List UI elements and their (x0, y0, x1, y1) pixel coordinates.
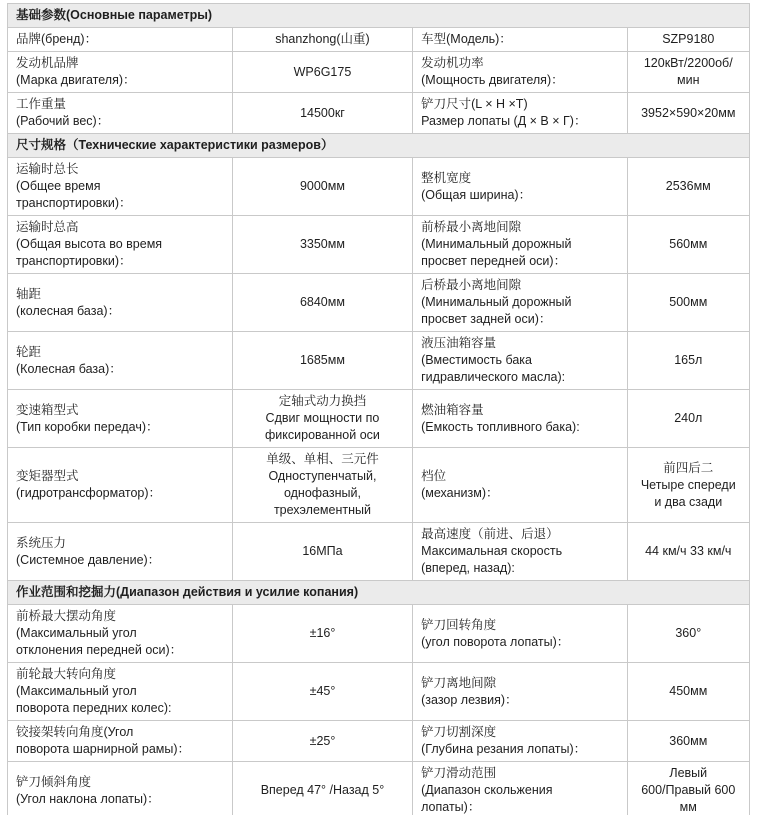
section-dimensions: 尺寸规格（Технические характеристики размеров… (8, 134, 750, 581)
param-label-cell: 工作重量 (Рабочий вес)： (8, 93, 233, 134)
section-header-row: 作业范围和挖掘力(Диапазон действия и усилие копа… (8, 581, 750, 605)
table-row: 运输时总高 (Общая высота во время транспортир… (8, 216, 750, 274)
param-value-cell: 560мм (627, 216, 749, 274)
param-value-cell: 定轴式动力换挡 Сдвиг мощности по фиксированной … (232, 390, 412, 448)
table-row: 铰接架转向角度(Угол поворота шарнирной рамы)： ±… (8, 721, 750, 762)
param-label-cell: 品牌(бренд)： (8, 28, 233, 52)
param-label-cell: 发动机功率 (Мощность двигателя)： (413, 52, 627, 93)
param-value-cell: 1685мм (232, 332, 412, 390)
table-row: 前桥最大摆动角度 (Максимальный угол отклонения п… (8, 605, 750, 663)
param-label-cell: 最高速度（前进、后退） Максимальная скорость (впере… (413, 523, 627, 581)
spec-table: 基础参数(Основные параметры) 品牌(бренд)： shan… (7, 3, 750, 815)
param-value-cell: 9000мм (232, 158, 412, 216)
table-row: 系统压力 (Системное давление)： 16МПа 最高速度（前进… (8, 523, 750, 581)
param-label-cell: 铲刀切割深度 (Глубина резания лопаты)： (413, 721, 627, 762)
table-row: 铲刀倾斜角度 (Угол наклона лопаты)： Вперед 47°… (8, 762, 750, 815)
param-value-cell: WP6G175 (232, 52, 412, 93)
param-label-cell: 轴距 (колесная база)： (8, 274, 233, 332)
param-value-cell: ±45° (232, 663, 412, 721)
param-value-cell: 120кВт/2200об/мин (627, 52, 749, 93)
param-label-cell: 液压油箱容量 (Вместимость бака гидравлического… (413, 332, 627, 390)
param-label-cell: 铲刀离地间隙 (зазор лезвия)： (413, 663, 627, 721)
spec-page: 基础参数(Основные параметры) 品牌(бренд)： shan… (0, 0, 757, 815)
param-value-cell: SZP9180 (627, 28, 749, 52)
param-label-cell: 发动机品牌 (Марка двигателя)： (8, 52, 233, 93)
table-row: 轮距 (Колесная база)： 1685мм 液压油箱容量 (Вмест… (8, 332, 750, 390)
section-header: 作业范围和挖掘力(Диапазон действия и усилие копа… (8, 581, 750, 605)
param-value-cell: 360мм (627, 721, 749, 762)
param-value-cell: 3952×590×20мм (627, 93, 749, 134)
param-label-cell: 燃油箱容量 (Емкость топливного бака): (413, 390, 627, 448)
param-label-cell: 铲刀滑动范围 (Диапазон скольжения лопаты)： (413, 762, 627, 815)
param-value-cell: 14500кг (232, 93, 412, 134)
table-row: 发动机品牌 (Марка двигателя)： WP6G175 发动机功率 (… (8, 52, 750, 93)
param-label-cell: 铲刀倾斜角度 (Угол наклона лопаты)： (8, 762, 233, 815)
param-value-cell: ±16° (232, 605, 412, 663)
param-label-cell: 整机宽度 (Общая ширина)： (413, 158, 627, 216)
param-label-cell: 系统压力 (Системное давление)： (8, 523, 233, 581)
param-label-cell: 后桥最小离地间隙 (Минимальный дорожный просвет з… (413, 274, 627, 332)
table-row: 工作重量 (Рабочий вес)： 14500кг 铲刀尺寸(L × H ×… (8, 93, 750, 134)
param-value-cell: 3350мм (232, 216, 412, 274)
param-label-cell: 车型(Модель)： (413, 28, 627, 52)
section-header-row: 尺寸规格（Технические характеристики размеров… (8, 134, 750, 158)
param-value-cell: shanzhong(山重) (232, 28, 412, 52)
param-value-cell: 16МПа (232, 523, 412, 581)
param-label-cell: 变矩器型式 (гидротрансформатор)： (8, 448, 233, 523)
param-value-cell: ±25° (232, 721, 412, 762)
table-row: 运输时总长 (Общее время транспортировки)： 900… (8, 158, 750, 216)
param-value-cell: 165л (627, 332, 749, 390)
table-row: 变矩器型式 (гидротрансформатор)： 单级、单相、三元件 Од… (8, 448, 750, 523)
table-row: 轴距 (колесная база)： 6840мм 后桥最小离地间隙 (Мин… (8, 274, 750, 332)
param-value-cell: 2536мм (627, 158, 749, 216)
param-value-cell: 6840мм (232, 274, 412, 332)
param-label-cell: 运输时总高 (Общая высота во время транспортир… (8, 216, 233, 274)
param-label-cell: 轮距 (Колесная база)： (8, 332, 233, 390)
section-header: 基础参数(Основные параметры) (8, 4, 750, 28)
section-basic-parameters: 基础参数(Основные параметры) 品牌(бренд)： shan… (8, 4, 750, 134)
section-working-range: 作业范围和挖掘力(Диапазон действия и усилие копа… (8, 581, 750, 815)
param-label-cell: 铲刀尺寸(L × H ×T) Размер лопаты (Д × В × Г)… (413, 93, 627, 134)
section-header-row: 基础参数(Основные параметры) (8, 4, 750, 28)
param-value-cell: 500мм (627, 274, 749, 332)
param-value-cell: 450мм (627, 663, 749, 721)
param-value-cell: 360° (627, 605, 749, 663)
section-header: 尺寸规格（Технические характеристики размеров… (8, 134, 750, 158)
param-label-cell: 铰接架转向角度(Угол поворота шарнирной рамы)： (8, 721, 233, 762)
param-label-cell: 档位 (механизм)： (413, 448, 627, 523)
param-value-cell: 240л (627, 390, 749, 448)
table-row: 品牌(бренд)： shanzhong(山重) 车型(Модель)： SZP… (8, 28, 750, 52)
param-label-cell: 铲刀回转角度 (угол поворота лопаты)： (413, 605, 627, 663)
param-label-cell: 前桥最大摆动角度 (Максимальный угол отклонения п… (8, 605, 233, 663)
param-value-cell: 前四后二 Четыре спереди и два сзади (627, 448, 749, 523)
param-label-cell: 前桥最小离地间隙 (Минимальный дорожный просвет п… (413, 216, 627, 274)
param-label-cell: 运输时总长 (Общее время транспортировки)： (8, 158, 233, 216)
param-value-cell: 44 км/ч 33 км/ч (627, 523, 749, 581)
table-row: 前轮最大转向角度 (Максимальный угол поворота пер… (8, 663, 750, 721)
param-value-cell: Вперед 47° /Назад 5° (232, 762, 412, 815)
param-value-cell: 单级、单相、三元件 Одноступенчатый, однофазный, т… (232, 448, 412, 523)
param-label-cell: 前轮最大转向角度 (Максимальный угол поворота пер… (8, 663, 233, 721)
table-row: 变速箱型式 (Тип коробки передач)： 定轴式动力换挡 Сдв… (8, 390, 750, 448)
param-value-cell: Левый 600/Правый 600 мм (627, 762, 749, 815)
param-label-cell: 变速箱型式 (Тип коробки передач)： (8, 390, 233, 448)
